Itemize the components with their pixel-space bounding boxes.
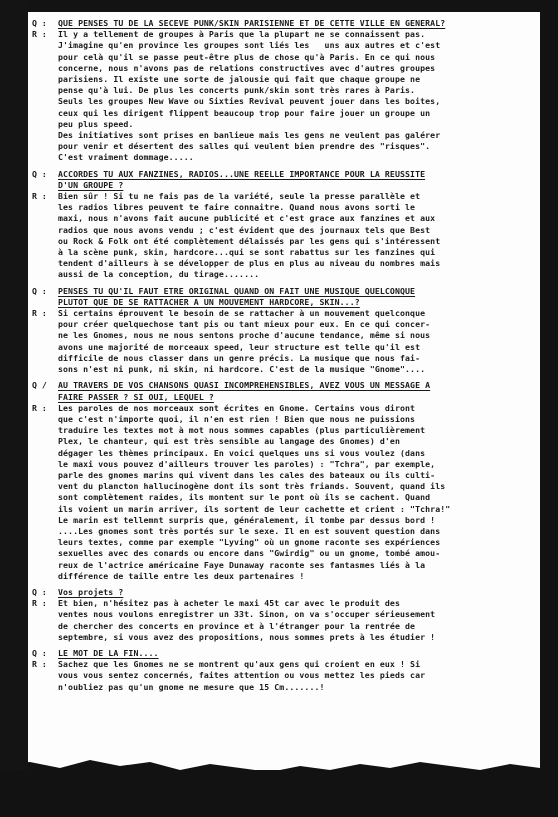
question-row: Q :LE MOT DE LA FIN.... bbox=[32, 648, 540, 659]
answer-line: différence de taille entre les deux part… bbox=[58, 571, 450, 582]
question-marker: Q / bbox=[32, 380, 58, 402]
question-row: Q /AU TRAVERS DE VOS CHANSONS QUASI INCO… bbox=[32, 380, 540, 402]
answer-text: Et bien, n'hésitez pas à acheter le maxi… bbox=[58, 598, 435, 643]
answer-line: pour créer quelquechose tant pis ou tant… bbox=[58, 319, 430, 330]
answer-row: R :Et bien, n'hésitez pas à acheter le m… bbox=[32, 598, 540, 643]
answer-row: R :Si certains éprouvent le besoin de se… bbox=[32, 308, 540, 375]
answer-line: pense qu'à lui. De plus les concerts pun… bbox=[58, 85, 440, 96]
answer-line: Et bien, n'hésitez pas à acheter le maxi… bbox=[58, 598, 435, 609]
question-line: FAIRE PASSER ? SI OUI, LEQUEL ? bbox=[58, 392, 430, 403]
question-marker: Q : bbox=[32, 18, 58, 29]
answer-line: aussi de la conception, du tirage....... bbox=[58, 269, 440, 280]
answer-line: ....Les gnomes sont très portés sur le s… bbox=[58, 526, 450, 537]
answer-line: sont complètement raides, ils montent su… bbox=[58, 492, 450, 503]
answer-line: Les paroles de nos morceaux sont écrites… bbox=[58, 403, 450, 414]
answer-line: Sachez que les Gnomes ne se montrent qu'… bbox=[58, 659, 425, 670]
answer-line: les radios libres peuvent te faire conna… bbox=[58, 202, 440, 213]
question-line: QUE PENSES TU DE LA SECEVE PUNK/SKIN PAR… bbox=[58, 18, 445, 29]
answer-row: R :Sachez que les Gnomes ne se montrent … bbox=[32, 659, 540, 693]
qa-block: Q :PENSES TU QU'IL FAUT ETRE ORIGINAL QU… bbox=[32, 286, 540, 376]
answer-marker: R : bbox=[32, 308, 58, 375]
typewritten-page: Q :QUE PENSES TU DE LA SECEVE PUNK/SKIN … bbox=[28, 12, 540, 770]
answer-line: avons une majorité de morceaux speed, le… bbox=[58, 342, 430, 353]
answer-line: sons n'est ni punk, ni skin, ni hardcore… bbox=[58, 364, 430, 375]
answer-marker: R : bbox=[32, 598, 58, 643]
answer-row: R :Bien sûr ! Si tu ne fais pas de la va… bbox=[32, 191, 540, 281]
qa-block: Q :LE MOT DE LA FIN....R :Sachez que les… bbox=[32, 648, 540, 693]
answer-line: sexuelles avec des conards ou encore dan… bbox=[58, 548, 450, 559]
answer-text: Il y a tellement de groupes à Paris que … bbox=[58, 29, 440, 163]
answer-line: septembre, si vous avez des propositions… bbox=[58, 632, 435, 643]
answer-text: Si certains éprouvent le besoin de se ra… bbox=[58, 308, 430, 375]
answer-line: maxi, nous n'avons fait aucune publicité… bbox=[58, 213, 440, 224]
answer-line: parle des gnomes marins qui vivent dans … bbox=[58, 470, 450, 481]
answer-line: à la scène punk, skin, hardcore...qui se… bbox=[58, 247, 440, 258]
answer-line: Des initiatives sont prises en banlieue … bbox=[58, 130, 440, 141]
question-text: PENSES TU QU'IL FAUT ETRE ORIGINAL QUAND… bbox=[58, 286, 415, 308]
question-row: Q :PENSES TU QU'IL FAUT ETRE ORIGINAL QU… bbox=[32, 286, 540, 308]
answer-line: Seuls les groupes New Wave ou Sixties Re… bbox=[58, 96, 440, 107]
answer-line: J'imagine qu'en province les groupes son… bbox=[58, 40, 440, 51]
torn-edge-shape bbox=[0, 750, 558, 780]
question-text: Vos projets ? bbox=[58, 587, 123, 598]
question-line: PENSES TU QU'IL FAUT ETRE ORIGINAL QUAND… bbox=[58, 286, 415, 297]
question-marker: Q : bbox=[32, 286, 58, 308]
answer-marker: R : bbox=[32, 403, 58, 582]
answer-line: Si certains éprouvent le besoin de se ra… bbox=[58, 308, 430, 319]
answer-text: Sachez que les Gnomes ne se montrent qu'… bbox=[58, 659, 425, 693]
qa-block: Q :Vos projets ?R :Et bien, n'hésitez pa… bbox=[32, 587, 540, 643]
question-row: Q :ACCORDES TU AUX FANZINES, RADIOS...UN… bbox=[32, 169, 540, 191]
answer-marker: R : bbox=[32, 659, 58, 693]
scan-border-left bbox=[0, 0, 30, 817]
answer-line: Le marin est tellemnt surpris que, génér… bbox=[58, 515, 450, 526]
answer-line: traduire les textes mot à mot nous somme… bbox=[58, 425, 450, 436]
answer-line: dégager les thèmes principaux. En voici … bbox=[58, 448, 450, 459]
question-text: AU TRAVERS DE VOS CHANSONS QUASI INCOMPR… bbox=[58, 380, 430, 402]
question-row: Q :Vos projets ? bbox=[32, 587, 540, 598]
answer-line: pour venir et désertent des salles qui v… bbox=[58, 141, 440, 152]
answer-line: pour celà qu'il se passe peut-être plus … bbox=[58, 52, 440, 63]
question-marker: Q : bbox=[32, 169, 58, 191]
answer-marker: R : bbox=[32, 29, 58, 163]
question-text: ACCORDES TU AUX FANZINES, RADIOS...UNE R… bbox=[58, 169, 425, 191]
answer-line: reux de l'actrice américaine Faye Dunawa… bbox=[58, 560, 450, 571]
qa-block: Q :ACCORDES TU AUX FANZINES, RADIOS...UN… bbox=[32, 169, 540, 281]
question-line: PLUTOT QUE DE SE RATTACHER A UN MOUVEMEN… bbox=[58, 297, 415, 308]
answer-line: parisiens. Il existe une sorte de jalous… bbox=[58, 74, 440, 85]
question-line: AU TRAVERS DE VOS CHANSONS QUASI INCOMPR… bbox=[58, 380, 430, 391]
torn-page-edge bbox=[0, 770, 558, 817]
answer-line: n'oubliez pas qu'un gnome ne mesure que … bbox=[58, 682, 425, 693]
answer-line: tendent d'ailleurs à se développer de pl… bbox=[58, 258, 440, 269]
answer-line: concerne, nous n'avons pas de relations … bbox=[58, 63, 440, 74]
question-line: ACCORDES TU AUX FANZINES, RADIOS...UNE R… bbox=[58, 169, 425, 180]
answer-line: peu plus speed. bbox=[58, 119, 440, 130]
question-line: D'UN GROUPE ? bbox=[58, 180, 425, 191]
answer-line: difficile de nous classer dans un genre … bbox=[58, 353, 430, 364]
qa-block: Q /AU TRAVERS DE VOS CHANSONS QUASI INCO… bbox=[32, 380, 540, 582]
answer-line: radios que nous avons vendu ; c'est évid… bbox=[58, 225, 440, 236]
scan-border-right bbox=[538, 0, 558, 817]
interview-content: Q :QUE PENSES TU DE LA SECEVE PUNK/SKIN … bbox=[32, 18, 540, 698]
answer-line: leurs textes, comme par exemple "Lyving"… bbox=[58, 537, 450, 548]
question-line: LE MOT DE LA FIN.... bbox=[58, 648, 159, 659]
answer-line: ou Rock & Folk ont été complètement déla… bbox=[58, 236, 440, 247]
answer-line: vent du plancton hallucinogène dont ils … bbox=[58, 481, 450, 492]
answer-marker: R : bbox=[32, 191, 58, 281]
answer-row: R :Il y a tellement de groupes à Paris q… bbox=[32, 29, 540, 163]
answer-line: Bien sûr ! Si tu ne fais pas de la varié… bbox=[58, 191, 440, 202]
answer-line: ceux qui les dirigent flippent beaucoup … bbox=[58, 108, 440, 119]
answer-text: Bien sûr ! Si tu ne fais pas de la varié… bbox=[58, 191, 440, 281]
answer-line: vous vous sentez concernés, faites atten… bbox=[58, 670, 425, 681]
question-text: LE MOT DE LA FIN.... bbox=[58, 648, 159, 659]
answer-line: de chercher des concerts en province et … bbox=[58, 621, 435, 632]
answer-line: C'est vraiment dommage..... bbox=[58, 152, 440, 163]
answer-line: ne les Gnomes, nous ne nous sentons proc… bbox=[58, 330, 430, 341]
answer-row: R :Les paroles de nos morceaux sont écri… bbox=[32, 403, 540, 582]
answer-line: que c'est n'importe quoi, il n'en est ri… bbox=[58, 414, 450, 425]
question-marker: Q : bbox=[32, 587, 58, 598]
answer-line: ventes nous voulons enregistrer un 33t. … bbox=[58, 609, 435, 620]
question-marker: Q : bbox=[32, 648, 58, 659]
answer-line: Il y a tellement de groupes à Paris que … bbox=[58, 29, 440, 40]
answer-line: ils voient un marin arriver, ils sortent… bbox=[58, 504, 450, 515]
question-line: Vos projets ? bbox=[58, 587, 123, 598]
question-text: QUE PENSES TU DE LA SECEVE PUNK/SKIN PAR… bbox=[58, 18, 445, 29]
answer-line: le maxi vous pouvez d'ailleurs trouver l… bbox=[58, 459, 450, 470]
answer-line: Plex, le chanteur, qui est très sensible… bbox=[58, 436, 450, 447]
answer-text: Les paroles de nos morceaux sont écrites… bbox=[58, 403, 450, 582]
question-row: Q :QUE PENSES TU DE LA SECEVE PUNK/SKIN … bbox=[32, 18, 540, 29]
qa-block: Q :QUE PENSES TU DE LA SECEVE PUNK/SKIN … bbox=[32, 18, 540, 164]
